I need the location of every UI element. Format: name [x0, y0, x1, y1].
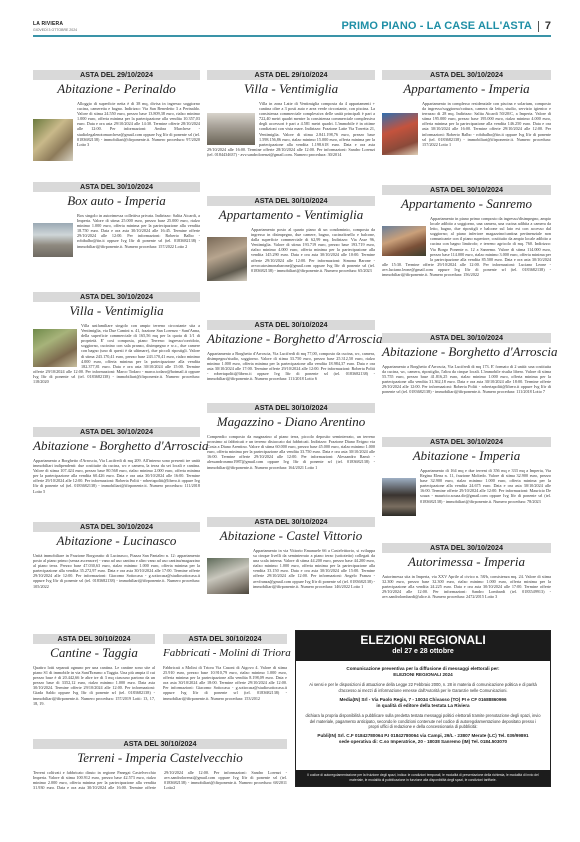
- listing-description: Alloggio di superficie netta è di 38 mq,…: [77, 101, 200, 147]
- listing-title: Appartamento - Ventimiglia: [207, 207, 375, 223]
- property-photo: [382, 478, 416, 516]
- property-photo: [207, 113, 255, 145]
- listing-box-auto-imperia: ASTA DEL 30/10/2024 Box auto - Imperia B…: [33, 182, 200, 258]
- divider: [538, 21, 539, 32]
- listing-text: Appartamento a Borghetto d'Arroscia, Via…: [33, 458, 200, 494]
- notice-subtitle: del 27 e 28 ottobre: [296, 647, 550, 657]
- listing-title: Abitazione - Borghetto d'Arroscia: [33, 438, 200, 454]
- notice-title: ELEZIONI REGIONALI: [296, 634, 550, 647]
- listing-title: Cantine - Taggia: [33, 645, 155, 661]
- notice-editore-2: in qualità di editore della testata La R…: [304, 703, 542, 709]
- listing-abitazione-castel-vittorio: ASTA DEL 30/10/2024 Abitazione - Castel …: [207, 517, 375, 595]
- listing-text: Alloggio di superficie netta è di 38 mq,…: [33, 101, 200, 147]
- listing-text: Appartamento di 164 mq e due terreni di …: [382, 468, 551, 504]
- listing-title: Abitazione - Perinaldo: [33, 81, 200, 97]
- listing-title: Abitazione - Lucinasco: [33, 533, 200, 549]
- auction-date-banner: ASTA DEL 29/10/2024: [207, 70, 375, 80]
- page-number: 7: [545, 20, 551, 32]
- listing-title: Abitazione - Borghetto d'Arroscia: [382, 344, 551, 360]
- listing-title: Abitazione - Castel Vittorio: [207, 528, 375, 544]
- auction-date-banner: ASTA DEL 30/10/2024: [163, 634, 287, 644]
- property-photo: [207, 558, 249, 594]
- listing-text: Terreni coltivati e fabbricato diruto in…: [33, 770, 287, 790]
- listing-text: Appartamento in complesso residenziale c…: [382, 101, 551, 147]
- listing-description: Box singolo in autorimessa collettiva pr…: [77, 213, 200, 249]
- listing-abitazione-imperia: ASTA DEL 30/10/2024 Abitazione - Imperia…: [382, 437, 551, 517]
- auction-date-banner: ASTA DEL 30/10/2024: [33, 522, 200, 532]
- listing-appartamento-sanremo: ASTA DEL 30/10/2024 Appartamento - Sanre…: [382, 185, 551, 277]
- listing-title: Villa - Ventimiglia: [33, 303, 200, 319]
- property-photo: [33, 119, 73, 161]
- auction-date-banner: ASTA DEL 30/10/2024: [33, 182, 200, 192]
- property-photo: [382, 113, 418, 155]
- property-photo: [33, 329, 77, 367]
- listing-description: Appartamento posto al quarto piano di un…: [251, 227, 375, 273]
- listing-title: Abitazione - Borghetto d'Arroscia: [207, 331, 375, 347]
- paper-name: LA RIVIERA: [33, 21, 77, 27]
- listing-text: Appartamento a Borghetto d'Arroscia, Via…: [382, 364, 551, 395]
- listing-text: Fabbricati a Molini di Triora Via Casoni…: [163, 665, 287, 701]
- listing-appartamento-ventimiglia: ASTA DEL 30/10/2024 Appartamento - Venti…: [207, 196, 375, 282]
- notice-footer: Il codice di autoregolamentazione per la…: [296, 770, 550, 786]
- listing-title: Villa - Ventimiglia: [207, 81, 375, 97]
- masthead: LA RIVIERA GIOVEDÌ 3 OTTOBRE 2024 PRIMO …: [33, 21, 551, 34]
- listing-borghetto-2: ASTA DEL 30/10/2024 Abitazione - Borghet…: [207, 320, 375, 382]
- auction-date-banner: ASTA DEL 30/10/2024: [207, 403, 375, 413]
- listing-borghetto-3: ASTA DEL 30/10/2024 Abitazione - Borghet…: [382, 333, 551, 395]
- masthead-right: PRIMO PIANO - LA CASE ALL'ASTA 7: [342, 20, 552, 32]
- auction-date-banner: ASTA DEL 30/10/2024: [207, 196, 375, 206]
- listing-magazzino-diano-arentino: ASTA DEL 30/10/2024 Magazzino - Diano Ar…: [207, 403, 375, 470]
- listing-text: Compendio composto da magazzino al piano…: [207, 434, 375, 470]
- listing-text: Appartamento posto al quarto piano di un…: [207, 227, 375, 273]
- listing-title: Terreni - Imperia Castelvecchio: [33, 750, 287, 766]
- auction-date-banner: ASTA DEL 30/10/2024: [382, 437, 551, 447]
- property-photo: [382, 226, 426, 256]
- listing-autorimessa-imperia: ASTA DEL 30/10/2024 Autorimessa - Imperi…: [382, 543, 551, 599]
- issue-date: GIOVEDÌ 3 OTTOBRE 2024: [33, 28, 77, 32]
- listing-text: Autorimessa sita in Imperia, via XXV Apr…: [382, 574, 551, 599]
- listing-title: Magazzino - Diano Arentino: [207, 414, 375, 430]
- listing-title: Appartamento - Sanremo: [382, 196, 551, 212]
- auction-date-banner: ASTA DEL 30/10/2024: [33, 292, 200, 302]
- notice-publi-2: sede operativa di: C.so Imperatrice, 20 …: [304, 739, 542, 745]
- listing-description: Appartamento in complesso residenziale c…: [422, 101, 551, 147]
- auction-date-banner: ASTA DEL 30/10/2024: [207, 517, 375, 527]
- auction-date-banner: ASTA DEL 30/10/2024: [33, 739, 287, 749]
- auction-date-banner: ASTA DEL 30/10/2024: [382, 70, 551, 80]
- section-title: PRIMO PIANO - LA CASE ALL'ASTA: [342, 20, 532, 32]
- listing-title: Fabbricati - Molini di Triora: [163, 645, 287, 661]
- notice-body: Comunicazione preventiva per la diffusio…: [296, 661, 550, 745]
- notice-header: ELEZIONI REGIONALI del 27 e 28 ottobre: [296, 631, 550, 661]
- elezioni-regionali-notice: ELEZIONI REGIONALI del 27 e 28 ottobre C…: [295, 630, 551, 787]
- listing-cantine-taggia: ASTA DEL 30/10/2024 Cantine - Taggia Qua…: [33, 634, 155, 706]
- listing-title: Autorimessa - Imperia: [382, 554, 551, 570]
- auction-date-banner: ASTA DEL 30/10/2024: [382, 543, 551, 553]
- auction-date-banner: ASTA DEL 29/10/2024: [33, 70, 200, 80]
- listing-abitazione-lucinasco: ASTA DEL 30/10/2024 Abitazione - Lucinas…: [33, 522, 200, 589]
- listing-text: Box singolo in autorimessa collettiva pr…: [33, 213, 200, 249]
- listing-text: Quattro lotti separati ognuno per una ca…: [33, 665, 155, 706]
- listing-description: Appartamento di 164 mq e due terreni di …: [420, 468, 551, 504]
- listing-borghetto-1: ASTA DEL 30/10/2024 Abitazione - Borghet…: [33, 427, 200, 494]
- listing-text: Appartamento a Borghetto d'Arroscia, Via…: [207, 351, 375, 382]
- auction-date-banner: ASTA DEL 30/10/2024: [33, 634, 155, 644]
- masthead-rule: [33, 35, 551, 37]
- listing-title: Box auto - Imperia: [33, 193, 200, 209]
- notice-legge: Ai sensi e per le disposizioni di attuaz…: [304, 682, 542, 693]
- listing-appartamento-imperia: ASTA DEL 30/10/2024 Appartamento - Imper…: [382, 70, 551, 156]
- listing-description: Appartamento in via Vittorio Emanuele 66…: [253, 548, 375, 589]
- notice-comunicazione-2: ELEZIONI REGIONALI 2024: [304, 672, 542, 678]
- listing-villa-ventimiglia-1: ASTA DEL 29/10/2024 Villa - Ventimiglia …: [207, 70, 375, 157]
- listing-text: Appartamento in piano primo composto da …: [382, 216, 551, 277]
- listing-title: Abitazione - Imperia: [382, 448, 551, 464]
- auction-date-banner: ASTA DEL 30/10/2024: [382, 185, 551, 195]
- auction-date-banner: ASTA DEL 30/10/2024: [382, 333, 551, 343]
- listing-villa-ventimiglia-2: ASTA DEL 30/10/2024 Villa - Ventimiglia …: [33, 292, 200, 384]
- listing-terreni-imperia-castelvecchio: ASTA DEL 30/10/2024 Terreni - Imperia Ca…: [33, 739, 287, 790]
- listing-abitazione-perinaldo: ASTA DEL 29/10/2024 Abitazione - Perinal…: [33, 70, 200, 162]
- property-photo: [33, 223, 73, 257]
- auction-date-banner: ASTA DEL 30/10/2024: [33, 427, 200, 437]
- listing-text: Unità immobiliare in Frazione Borgoratto…: [33, 553, 200, 589]
- listing-text: Villa in zona Latte di Ventimiglia compo…: [207, 101, 375, 157]
- auction-date-banner: ASTA DEL 30/10/2024: [207, 320, 375, 330]
- listing-title: Appartamento - Imperia: [382, 81, 551, 97]
- listing-text: Villa unifamiliare singolo con ampio ter…: [33, 323, 200, 384]
- listing-fabbricati-molini-di-triora: ASTA DEL 30/10/2024 Fabbricati - Molini …: [163, 634, 287, 701]
- listing-text: Appartamento in via Vittorio Emanuele 66…: [207, 548, 375, 589]
- property-photo: [207, 237, 247, 281]
- masthead-left: LA RIVIERA GIOVEDÌ 3 OTTOBRE 2024: [33, 21, 77, 32]
- notice-dichiara: dichiara la propria disponibilità a pubb…: [304, 713, 542, 730]
